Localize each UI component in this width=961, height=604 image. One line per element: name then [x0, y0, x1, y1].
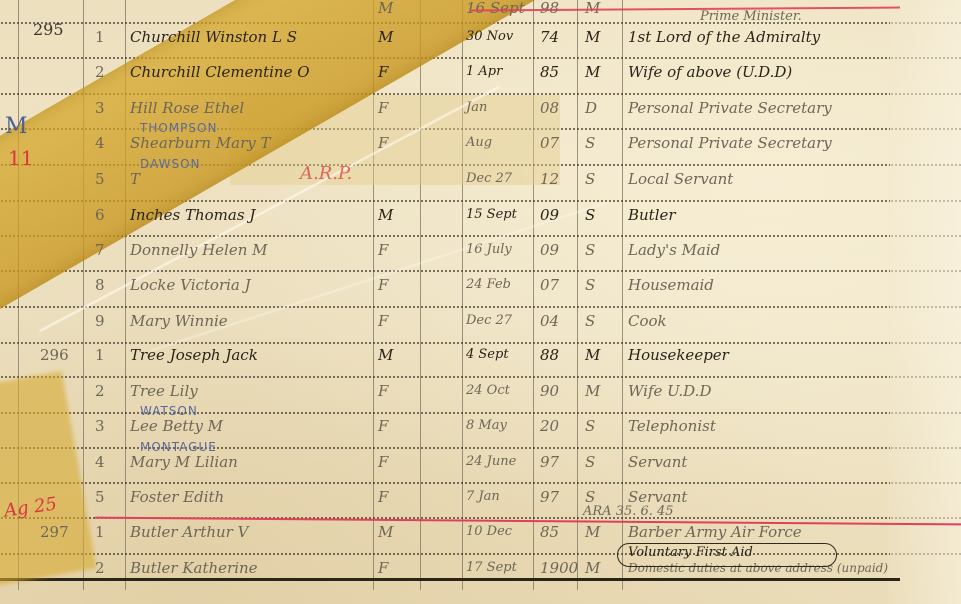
marital-status-cell: M: [585, 27, 600, 47]
row-rule-faint: [890, 164, 961, 166]
name-cell: Tree Lily: [130, 381, 198, 401]
yellowed-tape-corner: [0, 371, 96, 589]
register-page: M16 Sept98M1Churchill Winston L SM30 Nov…: [0, 0, 961, 604]
occupation-cell: Servant: [628, 452, 687, 472]
name-cell: Donnelly Helen M: [130, 240, 268, 260]
occupation-cell: Cook: [628, 311, 667, 331]
occupation-cell: Barber Army Air Force: [628, 522, 802, 542]
occupation-cell: Housekeeper: [628, 345, 729, 365]
sex-cell: M: [378, 205, 393, 225]
column-rule: [577, 0, 578, 590]
marital-status-cell: S: [585, 240, 595, 260]
margin-note-m: M: [5, 117, 28, 137]
overwritten-surname: WATSON: [140, 401, 198, 421]
line-number: 8: [95, 275, 105, 295]
marital-status-cell: M: [585, 345, 600, 365]
name-cell: T: [130, 169, 140, 189]
birth-date-cell: Dec 27: [466, 311, 512, 331]
birth-date-cell: 30 Nov: [466, 27, 513, 47]
birth-date-cell: Jan: [466, 98, 487, 118]
occupation-cell: Local Servant: [628, 169, 733, 189]
birth-year-cell: 04: [540, 311, 559, 331]
birth-year-cell: 08: [540, 98, 559, 118]
row-rule-faint: [890, 235, 961, 237]
occupation-cell: Personal Private Secretary: [628, 98, 832, 118]
row-rule-faint: [890, 306, 961, 308]
line-number: 2: [95, 558, 105, 578]
line-number: 1: [95, 27, 105, 47]
birth-date-cell: 24 Oct: [466, 381, 510, 401]
line-number: 2: [95, 62, 105, 82]
line-number: 4: [95, 452, 105, 472]
birth-year-cell: 97: [540, 487, 559, 507]
annotation-above: ARA 35. 6. 45: [583, 502, 674, 522]
column-rule: [420, 0, 421, 590]
sex-cell: M: [378, 27, 393, 47]
annotation-above: Prime Minister.: [700, 7, 802, 27]
row-rule-faint: [890, 412, 961, 414]
marital-status-cell: M: [585, 62, 600, 82]
overwritten-surname: DAWSON: [140, 154, 201, 174]
page-edge: [888, 0, 961, 604]
margin-note-red: 11: [8, 148, 33, 168]
margin-marks: A.R.P.: [300, 164, 352, 184]
marital-status-cell: S: [585, 311, 595, 331]
sex-cell: M: [378, 0, 393, 18]
birth-year-cell: 07: [540, 133, 559, 153]
birth-year-cell: 09: [540, 205, 559, 225]
circled-annotation: [617, 543, 837, 567]
marital-status-cell: S: [585, 416, 595, 436]
sex-cell: F: [378, 275, 388, 295]
birth-year-cell: 85: [540, 62, 559, 82]
row-rule-faint: [890, 517, 961, 519]
row-rule: [0, 235, 890, 237]
sex-cell: M: [378, 345, 393, 365]
name-cell: Churchill Winston L S: [130, 27, 297, 47]
row-rule-faint: [890, 376, 961, 378]
line-number: 3: [95, 98, 105, 118]
birth-year-cell: 74: [540, 27, 559, 47]
birth-year-cell: 88: [540, 345, 559, 365]
birth-year-cell: 07: [540, 275, 559, 295]
sex-cell: F: [378, 381, 388, 401]
row-rule-faint: [890, 553, 961, 555]
sex-cell: F: [378, 133, 388, 153]
name-cell: Butler Katherine: [130, 558, 258, 578]
occupation-cell: Housemaid: [628, 275, 714, 295]
overwritten-surname: MONTAGUE: [140, 437, 217, 457]
birth-date-cell: 16 July: [466, 240, 512, 260]
schedule-number: 297: [40, 522, 69, 542]
row-rule: [0, 412, 890, 414]
column-rule: [533, 0, 534, 590]
marital-status-cell: S: [585, 133, 595, 153]
schedule-number: 296: [40, 345, 69, 365]
birth-date-cell: Dec 27: [466, 169, 512, 189]
birth-date-cell: Aug: [466, 133, 492, 153]
occupation-cell: Lady's Maid: [628, 240, 720, 260]
marital-status-cell: M: [585, 522, 600, 542]
name-cell: Hill Rose Ethel: [130, 98, 244, 118]
red-strikethrough-top: [470, 6, 900, 11]
birth-date-cell: 7 Jan: [466, 487, 500, 507]
birth-date-cell: 8 May: [466, 416, 507, 436]
marital-status-cell: M: [585, 381, 600, 401]
name-cell: Butler Arthur V: [130, 522, 248, 542]
row-rule-faint: [890, 93, 961, 95]
name-cell: Churchill Clementine O: [130, 62, 310, 82]
sex-cell: F: [378, 240, 388, 260]
row-rule: [0, 342, 890, 344]
marital-status-cell: S: [585, 169, 595, 189]
row-rule: [0, 482, 890, 484]
birth-date-cell: 24 June: [466, 452, 516, 472]
birth-year-cell: 97: [540, 452, 559, 472]
birth-date-cell: 10 Dec: [466, 522, 512, 542]
line-number: 9: [95, 311, 105, 331]
row-rule: [0, 376, 890, 378]
row-rule-faint: [890, 482, 961, 484]
marital-status-cell: S: [585, 452, 595, 472]
row-rule-faint: [890, 342, 961, 344]
birth-date-cell: 15 Sept: [466, 205, 517, 225]
sex-cell: F: [378, 416, 388, 436]
sex-cell: F: [378, 98, 388, 118]
row-rule: [0, 447, 890, 449]
line-number: 6: [95, 205, 105, 225]
sex-cell: F: [378, 487, 388, 507]
occupation-cell: Butler: [628, 205, 676, 225]
birth-date-cell: 1 Apr: [466, 62, 502, 82]
occupation-cell: Wife U.D.D: [628, 381, 711, 401]
name-cell: Foster Edith: [130, 487, 224, 507]
name-cell: Tree Joseph Jack: [130, 345, 258, 365]
line-number: 1: [95, 345, 105, 365]
column-rule: [462, 0, 463, 590]
sex-cell: M: [378, 522, 393, 542]
sex-cell: F: [378, 452, 388, 472]
row-rule-faint: [890, 22, 961, 24]
name-cell: Mary Winnie: [130, 311, 228, 331]
line-number: 3: [95, 416, 105, 436]
line-number: 5: [95, 169, 105, 189]
line-number: 2: [95, 381, 105, 401]
birth-year-cell: 90: [540, 381, 559, 401]
occupation-cell: 1st Lord of the Admiralty: [628, 27, 820, 47]
row-rule-faint: [890, 447, 961, 449]
birth-year-cell: 12: [540, 169, 559, 189]
birth-year-cell: 09: [540, 240, 559, 260]
row-rule-faint: [890, 270, 961, 272]
name-cell: Locke Victoria J: [130, 275, 251, 295]
marital-status-cell: S: [585, 275, 595, 295]
overwritten-surname: THOMPSON: [140, 118, 217, 138]
marital-status-cell: M: [585, 558, 600, 578]
birth-year-cell: 1900: [540, 558, 578, 578]
sex-cell: F: [378, 311, 388, 331]
birth-year-cell: 20: [540, 416, 559, 436]
line-number: 7: [95, 240, 105, 260]
line-number: 5: [95, 487, 105, 507]
section-end-rule: [0, 578, 900, 581]
row-rule-faint: [890, 128, 961, 130]
row-rule-faint: [890, 57, 961, 59]
birth-date-cell: 17 Sept: [466, 558, 517, 578]
marital-status-cell: S: [585, 205, 595, 225]
name-cell: Inches Thomas J: [130, 205, 255, 225]
birth-date-cell: 4 Sept: [466, 345, 509, 365]
row-rule-faint: [890, 200, 961, 202]
row-rule: [0, 270, 890, 272]
birth-date-cell: 24 Feb: [466, 275, 511, 295]
occupation-cell: Personal Private Secretary: [628, 133, 832, 153]
birth-year-cell: 85: [540, 522, 559, 542]
schedule-number: 295: [33, 20, 64, 40]
line-number: 4: [95, 133, 105, 153]
line-number: 1: [95, 522, 105, 542]
occupation-cell: Wife of above (U.D.D): [628, 62, 792, 82]
marital-status-cell: D: [585, 98, 597, 118]
occupation-cell: Telephonist: [628, 416, 716, 436]
sex-cell: F: [378, 558, 388, 578]
sex-cell: F: [378, 62, 388, 82]
row-rule: [0, 306, 890, 308]
